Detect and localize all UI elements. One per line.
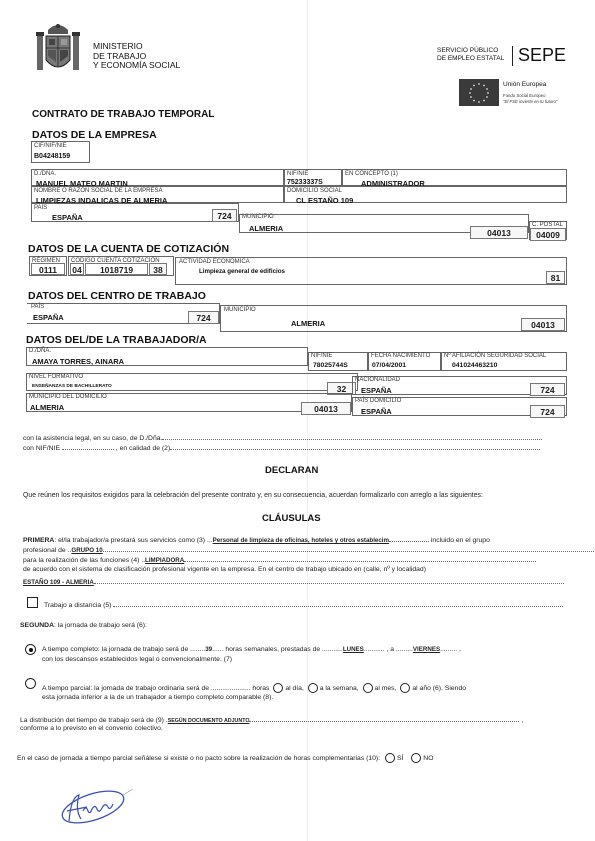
actividad-label: ACTIVIDAD ECONÓMICA [179,259,566,266]
empresa-pais-code: 724 [212,209,237,222]
parcial-semana-label: a la semana, [320,685,359,692]
centro-municipio-label: MUNICIPIO [224,307,566,314]
domicilio-value: CL ESTAÑO 109 [296,196,566,205]
convenio-line: conforme a lo previsto en el convenio co… [20,725,163,732]
parcial-line-1: A tiempo parcial: la jornada de trabajo … [42,683,466,693]
complementarias-no-radio[interactable] [411,753,421,763]
pais-label: PAÍS [34,205,238,212]
domicilio-label: DOMICILIO SOCIAL [287,188,566,195]
completo-line-2: con los descansos establecidos legal o c… [42,656,232,663]
codigo-provincia: 04 [70,263,84,275]
parcial-radio[interactable] [25,678,36,689]
ubicacion-dots [94,577,564,584]
centro-municipio-field: MUNICIPIO ALMERIA [220,305,567,332]
completo-text-c: ........... , a ......... [364,646,413,653]
trab-fecha-label: FECHA NACIMIENTO [371,353,440,360]
complementarias-si-label: SÍ [397,755,403,762]
trabajador-nif-field: NIF/NIE 78025744S [308,352,368,371]
distribucion-value: SEGÚN DOCUMENTO ADJUNTO [168,718,250,724]
complementarias-line: En el caso de jornada a tiempo parcial s… [17,753,434,763]
funciones-text: para la realización de las funciones (4)… [23,557,145,564]
trab-afiliacion-value: 041024463210 [452,362,566,369]
dna-label: D./DÑA. [34,171,283,178]
trab-fecha-value: 07/04/2001 [372,362,440,369]
document-title: CONTRATO DE TRABAJO TEMPORAL [32,109,214,120]
empresa-cpostal-value: 04009 [530,228,566,241]
parcial-anio-label: al año (6). Siendo [412,685,466,692]
trabajador-pais-dom-code: 724 [530,405,565,418]
worker-signature [55,785,135,830]
completo-text-a: A tiempo completo: la jornada de trabajo… [42,646,205,653]
primera-text: : el/la trabajador/a prestará sus servic… [54,537,212,544]
incluido-text: incluido en el grupo [431,537,490,544]
regimen-value: 0111 [31,263,65,275]
trabajador-muni-dom-code: 04013 [301,402,351,415]
razon-label: NOMBRE O RAZÓN SOCIAL DE LA EMPRESA [34,188,283,195]
grupo-value: GRUPO 10 [71,547,102,554]
distribucion-line: La distribución del tiempo de trabajo se… [20,715,523,724]
centro-pais-label: PAÍS [31,304,219,311]
asistencia-blank-1[interactable] [162,433,542,440]
eu-title: Unión Europea [503,81,546,88]
empresa-concepto-field: EN CONCEPTO (1) ADMINISTRADOR [342,169,567,186]
clausulas-title: CLÁUSULAS [262,513,321,524]
completo-text-b: ...... horas semanales, prestadas de ...… [212,646,343,653]
trab-nivel-label: NIVEL FORMATIVO [29,374,357,381]
trabajador-afiliacion-field: Nº AFILIACIÓN SEGURIDAD SOCIAL 041024463… [441,352,567,371]
declaran-text: Que reúnen los requisitos exigidos para … [23,492,483,499]
trab-nif-label: NIF/NIE [311,353,367,360]
centro-municipio-code: 04013 [521,318,565,331]
funciones-dots [184,555,536,562]
distancia-line: Trabajo a distancia (5) [44,600,563,609]
primera-line-1: PRIMERA: el/la trabajador/a prestará sus… [23,535,490,544]
actividad-code: 81 [546,271,565,284]
nif-value: 75233337S [287,179,341,186]
distancia-label: Trabajo a distancia (5) [44,602,111,609]
codigo-dc: 38 [149,263,167,275]
completo-line-1: A tiempo completo: la jornada de trabajo… [42,646,461,653]
parcial-mes-label: al mes, [375,685,397,692]
profesional-text: profesional de .. [23,547,71,554]
parcial-semana-radio[interactable] [308,683,318,693]
parcial-anio-radio[interactable] [400,683,410,693]
parcial-dia-radio[interactable] [273,683,283,693]
declaran-title: DECLARAN [265,465,318,476]
empresa-razon-field: NOMBRE O RAZÓN SOCIAL DE LA EMPRESA LIMP… [31,186,284,203]
puesto-value: Personal de limpieza de oficinas, hotele… [213,537,389,544]
primera-line-2: profesional de ..GRUPO 10 [23,545,595,554]
actividad-field: ACTIVIDAD ECONÓMICA Limpieza general de … [175,257,567,285]
trab-dna-value: AMAYA TORRES, AINARA [32,357,307,366]
empresa-nif-field: NIF/NIE 75233337S [284,169,342,186]
section-title-empresa: DATOS DE LA EMPRESA [32,129,157,141]
distribucion-text: La distribución del tiempo de trabajo se… [20,717,168,724]
eu-fund: Fondo Social Europeo [503,93,546,98]
distancia-dots [113,600,563,607]
asistencia-calidad-blank[interactable] [170,443,540,450]
parcial-mes-radio[interactable] [363,683,373,693]
eu-motto: "El FSE invierte en tu futuro" [503,99,557,104]
sepe-divider [512,46,513,66]
trab-dna-label: D./DÑA. [29,348,307,355]
trab-muni-dom-label: MUNICIPIO DEL DOMICILIO [29,394,351,401]
trab-pais-dom-label: PAÍS DOMICILIO [355,398,566,405]
ministry-line-3: Y ECONOMÍA SOCIAL [93,61,180,71]
asistencia-line-1: con la asistencia legal, en su caso, de … [23,433,542,442]
sepe-logo: SERVICIO PÚBLICO DE EMPLEO ESTATAL [437,47,504,63]
sepe-acronym: SEPE [518,45,566,66]
coat-of-arms-icon [34,20,82,76]
sepe-line-2: DE EMPLEO ESTATAL [437,55,504,63]
asistencia-line-2: con NIF/NIE , en calidad de (2) [23,443,540,452]
trab-afiliacion-label: Nº AFILIACIÓN SEGURIDAD SOCIAL [444,353,566,360]
trabajador-nacionalidad-code: 724 [530,383,565,396]
complementarias-text: En el caso de jornada a tiempo parcial s… [17,755,380,762]
asistencia-text-1: con la asistencia legal, en su caso, de … [23,435,162,442]
trab-nivel-value: ENSEÑANZAS DE BACHILLERATO [32,384,357,389]
completo-radio[interactable] [25,644,36,655]
sepe-line-1: SERVICIO PÚBLICO [437,47,504,55]
nif-label: NIF/NIE [287,171,341,178]
cif-label: CIF/NIF/NIE [34,143,89,150]
trab-nif-value: 78025744S [313,362,367,369]
segunda-text: : la jornada de trabajo será (6): [54,622,147,629]
primera-line-4: de acuerdo con el sistema de clasificaci… [23,566,426,573]
section-title-trabajador: DATOS DEL/DE LA TRABAJADOR/A [26,334,207,346]
asistencia-nif-blank[interactable] [62,443,114,450]
complementarias-no-label: NO [423,755,433,762]
asistencia-text-2b: , en calidad de (2) [116,445,170,452]
ubicacion-value: ESTAÑO 109 - ALMERIA [23,579,94,586]
distancia-checkbox[interactable] [27,597,38,608]
trabajador-dna-field: D./DÑA. AMAYA TORRES, AINARA [26,347,308,366]
empresa-cif-field: CIF/NIF/NIE B04248159 [31,141,90,163]
primera-line-3: para la realización de las funciones (4)… [23,555,536,564]
empresa-municipio-code: 04013 [470,226,528,239]
primera-label: PRIMERA [23,537,54,544]
grupo-dots [103,545,595,552]
centro-pais-code: 724 [188,311,219,324]
primera-line-5: ESTAÑO 109 - ALMERIA [23,577,564,586]
eu-flag-icon [459,79,499,106]
trabajador-fecha-field: FECHA NACIMIENTO 07/04/2001 [368,352,441,371]
asistencia-text-2a: con NIF/NIE [23,445,60,452]
dia-desde: LUNES [343,646,364,653]
parcial-line-2: esta jornada inferior a la de un trabaja… [42,694,273,701]
segunda-line: SEGUNDA: la jornada de trabajo será (6): [20,622,147,629]
empresa-domicilio-field: DOMICILIO SOCIAL CL ESTAÑO 109 [284,186,567,203]
distribucion-dots [249,715,519,722]
funciones-value: LIMPIADORA [145,557,184,564]
section-title-centro: DATOS DEL CENTRO DE TRABAJO [28,290,206,302]
section-title-cotizacion: DATOS DE LA CUENTA DE COTIZACIÓN [28,243,229,255]
empresa-dna-field: D./DÑA. MANUEL MATEO MARTIN [31,169,284,186]
dia-hasta: VIERNES [413,646,440,653]
parcial-text-a: A tiempo parcial: la jornada de trabajo … [42,685,269,692]
parcial-dia-label: al día, [285,685,304,692]
actividad-value: Limpieza general de edificios [199,268,566,275]
completo-text-d: ......... , [440,646,461,653]
pais-value: ESPAÑA [52,213,238,222]
cif-value: B04248159 [34,153,89,160]
segunda-label: SEGUNDA [20,622,54,629]
trabajador-nivel-field: NIVEL FORMATIVO ENSEÑANZAS DE BACHILLERA… [26,373,358,391]
codigo-numero: 1018719 [85,263,148,275]
concepto-label: EN CONCEPTO (1) [345,171,566,178]
complementarias-si-radio[interactable] [385,753,395,763]
ministry-name: MINISTERIO DE TRABAJO Y ECONOMÍA SOCIAL [93,42,180,71]
empresa-pais-field: PAÍS ESPAÑA [31,203,239,222]
puesto-dots [389,535,429,542]
